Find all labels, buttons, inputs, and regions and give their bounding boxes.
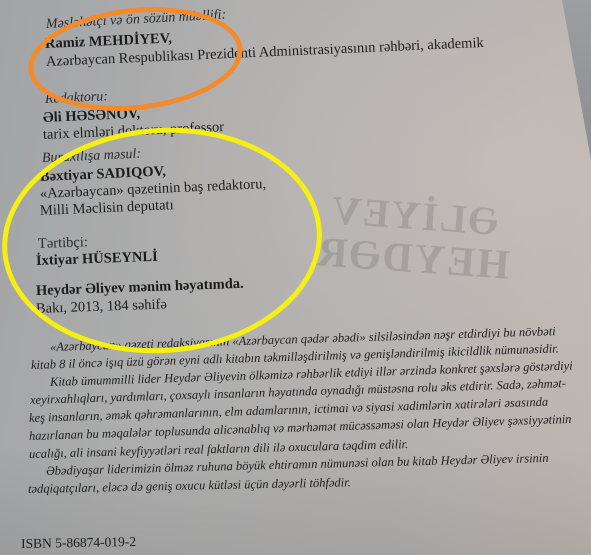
book-page: ƏLİYEV HEYDƏR Məsləhətçi və ön sözün müə… bbox=[0, 0, 591, 555]
credit-role-editor: Redaktoru: bbox=[45, 89, 109, 108]
isbn: ISBN 5-86874-019-2 bbox=[21, 534, 136, 552]
credit-role-compiler: Tərtibçi: bbox=[38, 234, 88, 253]
